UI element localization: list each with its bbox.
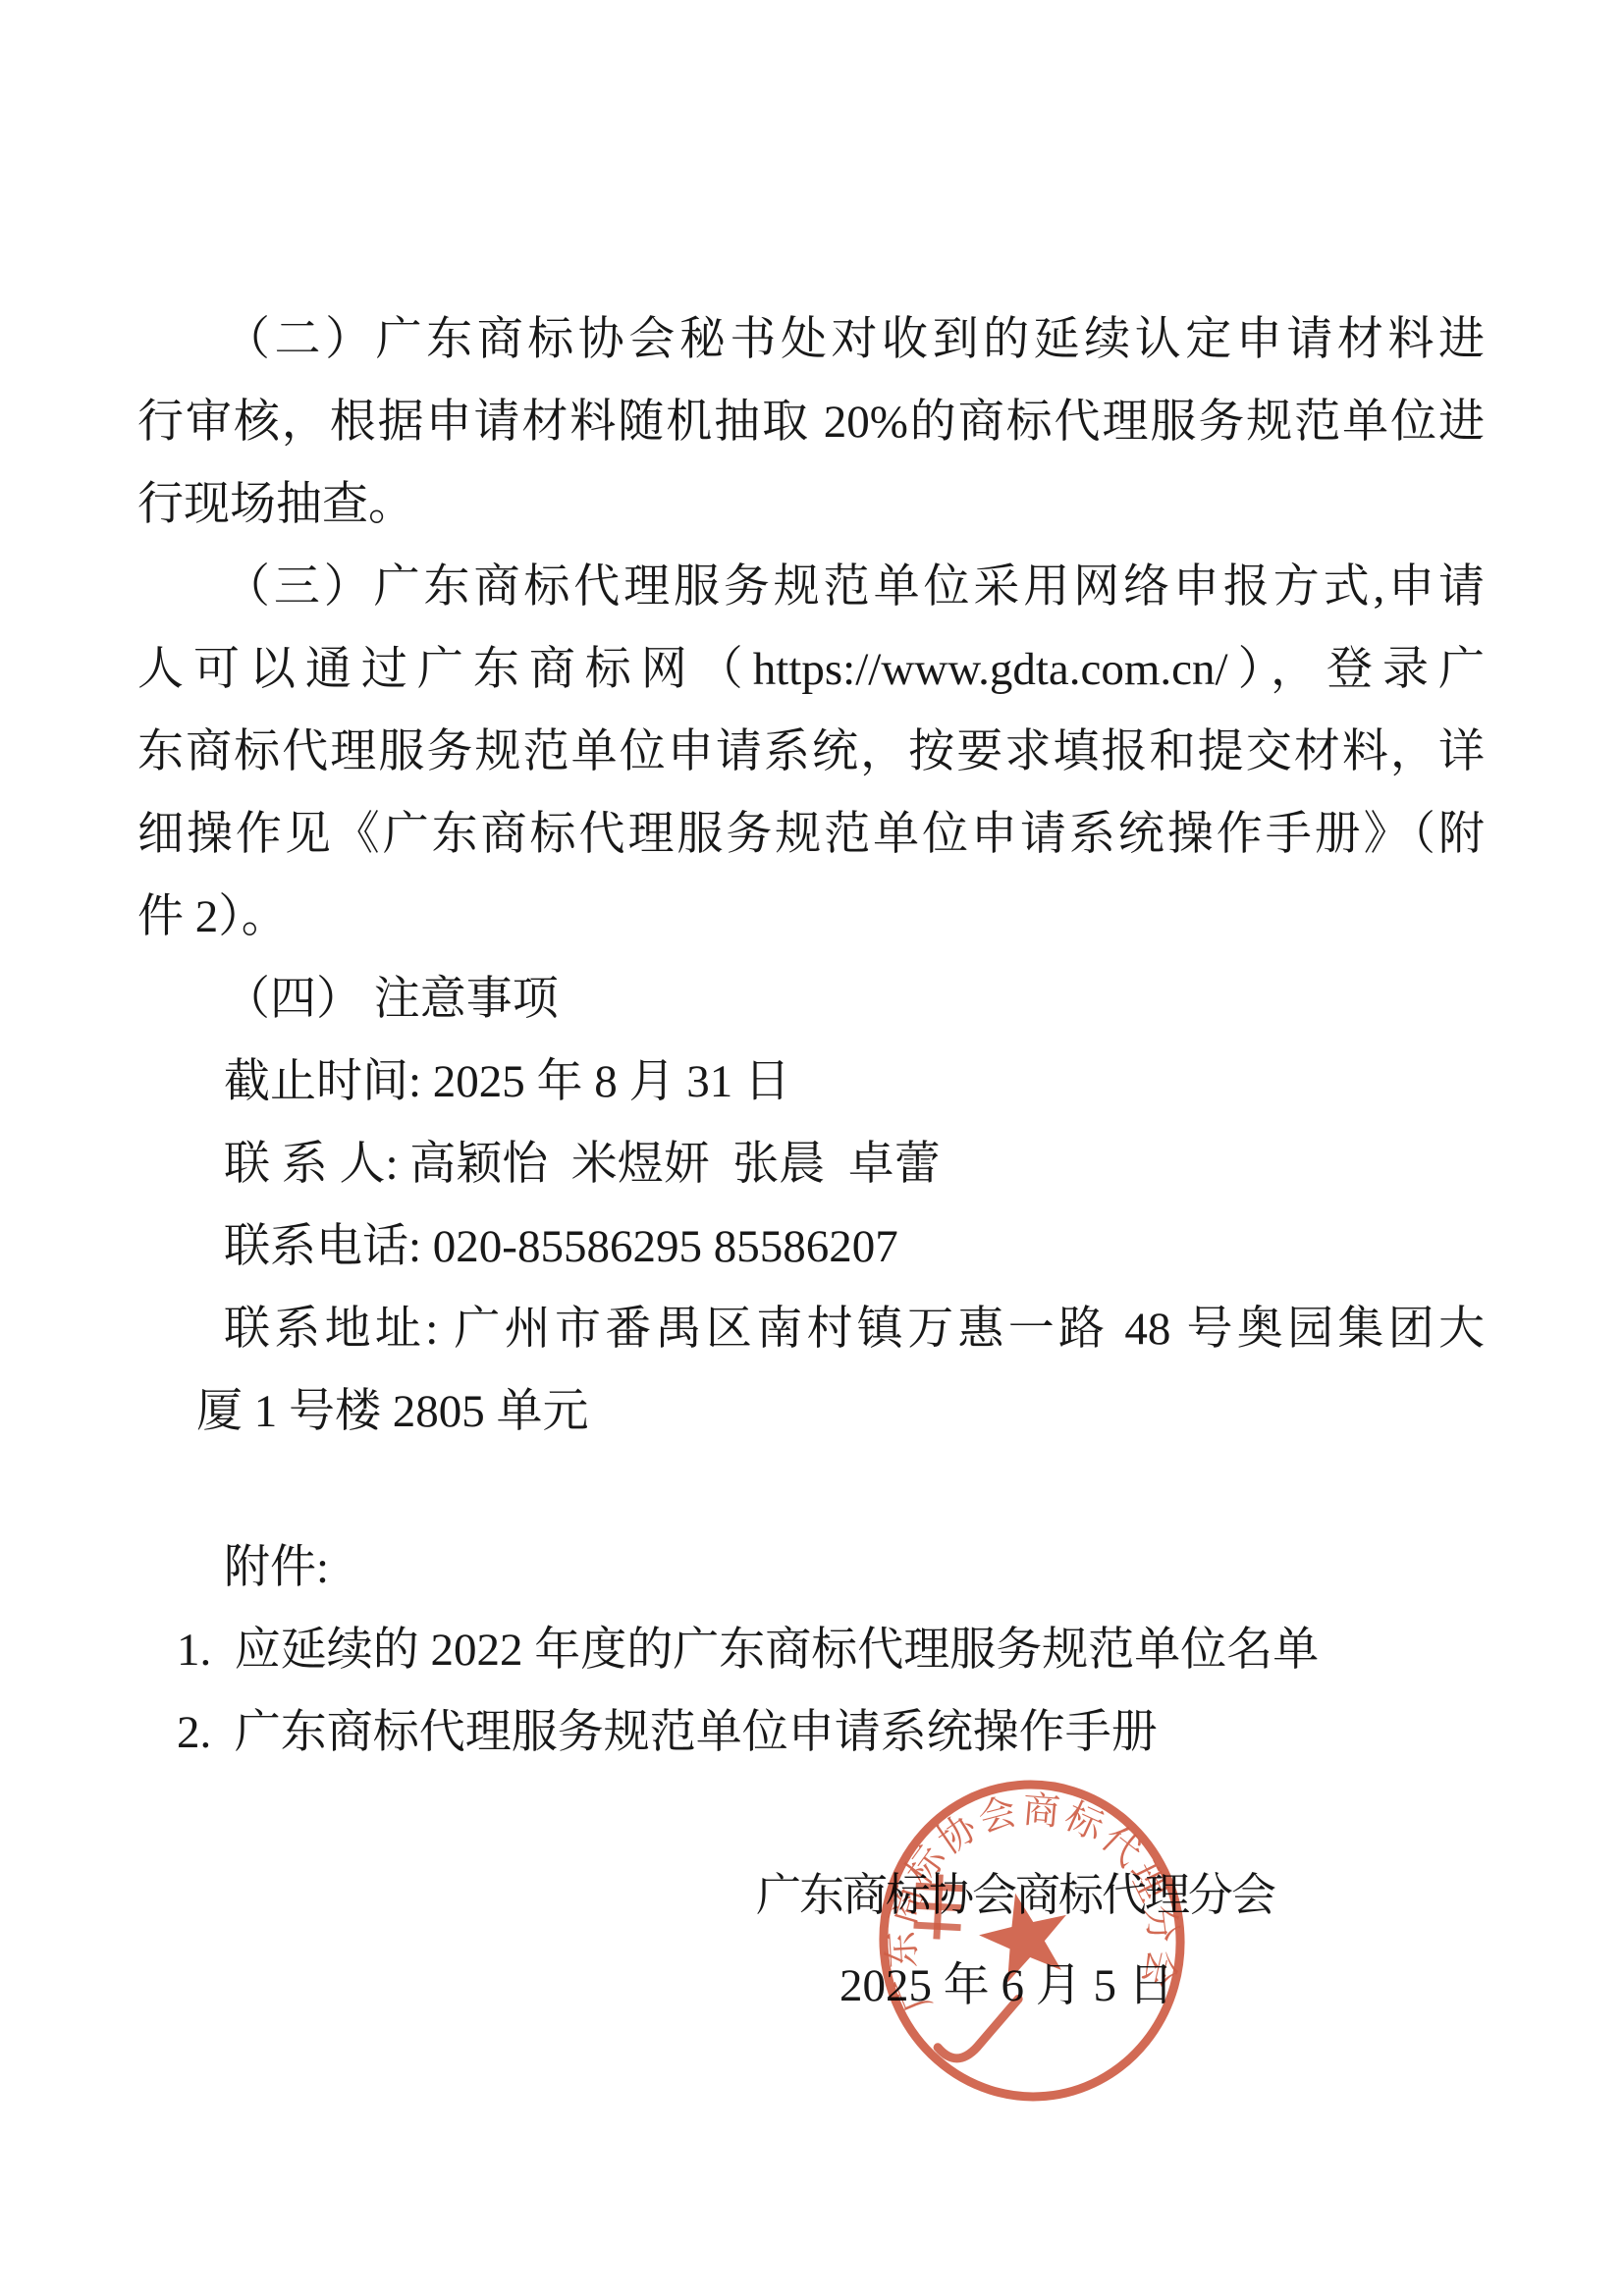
contact-address-line: 厦 1 号楼 2805 单元 [137,1370,1485,1453]
section-heading: （四） 注意事项 [137,958,1485,1041]
attachment-item: 2. 广东商标代理服务规范单位申请系统操作手册 [137,1691,1485,1774]
document-line: 细操作见《广东商标代理服务规范单位申请系统操作手册》（附 [137,793,1485,876]
attachment-item: 1. 应延续的 2022 年度的广东商标代理服务规范单位名单 [137,1609,1485,1691]
contact-phone-line: 联系电话: 020-85586295 85586207 [137,1205,1485,1288]
contact-person-line: 联 系 人: 高颖怡 米煜妍 张晨 卓蕾 [137,1123,1485,1205]
attachments-heading: 附件: [137,1526,1485,1609]
document-line: 件 2）。 [137,876,1485,958]
document-line: （二）广东商标协会秘书处对收到的延续认定申请材料进 [137,298,1485,381]
document-line: 行审核，根据申请材料随机抽取 20%的商标代理服务规范单位进 [137,381,1485,463]
signature-org: 广东商标协会商标代理分会 [756,1854,1485,1937]
document-page: （二）广东商标协会秘书处对收到的延续认定申请材料进 行审核，根据申请材料随机抽取… [0,0,1624,2296]
document-line: 人可以通过广东商标网（https://www.gdta.com.cn/），登录广 [137,628,1485,711]
document-line: 东商标代理服务规范单位申请系统，按要求填报和提交材料，详 [137,711,1485,793]
signature-date: 2025 年 6 月 5 日 [839,1945,1485,2027]
document-body: （二）广东商标协会秘书处对收到的延续认定申请材料进 行审核，根据申请材料随机抽取… [137,298,1485,2027]
contact-address-line: 联系地址: 广州市番禺区南村镇万惠一路 48 号奥园集团大 [137,1288,1485,1370]
document-line: 行现场抽查。 [137,463,1485,546]
deadline-line: 截止时间: 2025 年 8 月 31 日 [137,1041,1485,1123]
document-line: （三）广东商标代理服务规范单位采用网络申报方式,申请 [137,546,1485,628]
